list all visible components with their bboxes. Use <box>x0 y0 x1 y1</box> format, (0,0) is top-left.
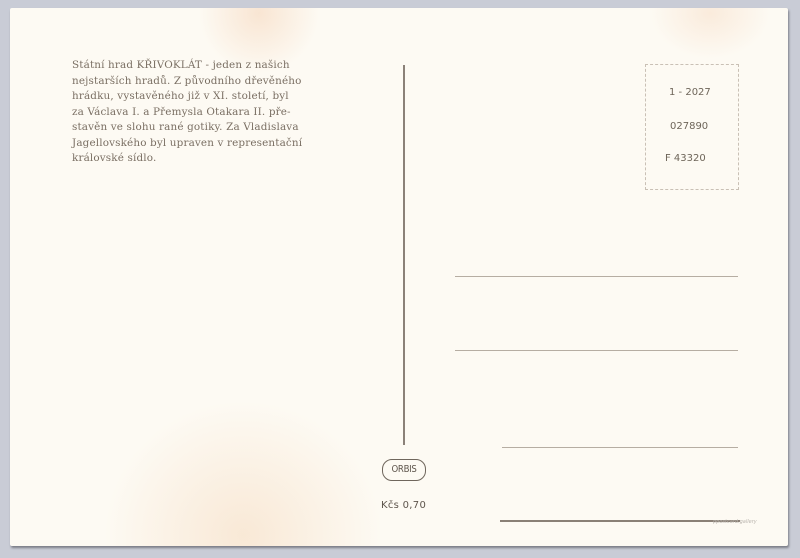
address-line-2 <box>455 350 738 351</box>
description-line: Jagellovského byl upraven v representačn… <box>72 136 372 152</box>
address-line-4 <box>500 520 740 522</box>
vertical-divider <box>403 65 405 445</box>
description-line: stavěn ve slohu rané gotiky. Za Vladisla… <box>72 120 372 136</box>
stamp-code-1: 1 - 2027 <box>669 87 711 98</box>
description-line: královské sídlo. <box>72 151 372 167</box>
castle-description: Státní hrad KŘIVOKLÁT - jeden z našich n… <box>72 58 372 167</box>
watermark: ppostcard.gallery <box>713 519 757 525</box>
address-line-1 <box>455 276 738 277</box>
price-label: Kčs 0,70 <box>381 500 426 511</box>
description-line: nejstarších hradů. Z původního dřevěného <box>72 74 372 90</box>
stamp-code-2: 027890 <box>670 121 708 132</box>
description-line: hrádku, vystavěného již v XI. století, b… <box>72 89 372 105</box>
stamp-code-3: F 43320 <box>665 153 706 164</box>
orbis-publisher-logo: ORBIS <box>382 459 426 481</box>
description-line: Státní hrad KŘIVOKLÁT - jeden z našich <box>72 58 372 74</box>
address-line-3 <box>502 447 738 448</box>
stamp-box: 1 - 2027 027890 F 43320 <box>645 64 739 190</box>
description-line: za Václava I. a Přemysla Otakara II. pře… <box>72 105 372 121</box>
